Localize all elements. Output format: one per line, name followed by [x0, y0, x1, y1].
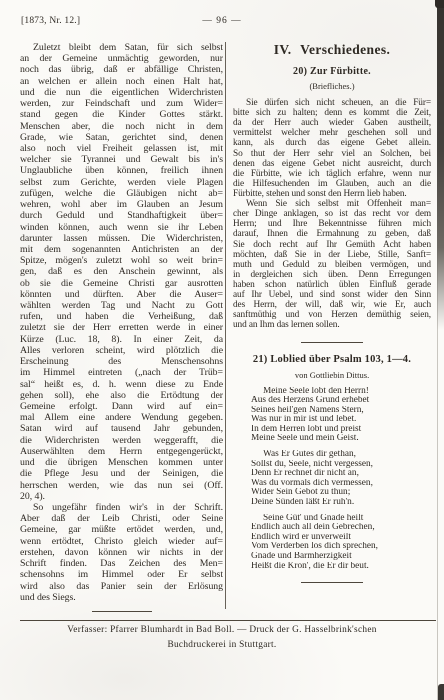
text-line: Kürze (Luc. 18, 8). In einer Zeit, da	[20, 334, 223, 345]
article-21-byline: von Gottliebin Dittus.	[233, 370, 431, 380]
text-line: Satan wird auf tausend Jahr gebunden,	[20, 423, 223, 434]
text-line: die Hilfesuchenden im Glauben, auch an d…	[233, 179, 431, 189]
poem-end-divider	[301, 582, 363, 583]
text-line: Herrn; und Ihre Bekenntnisse führen mich	[233, 219, 431, 229]
text-line: die Pflege Jesu und der Seinigen, die	[20, 468, 223, 479]
text-line: Heißt die Kron', die Er dir beut.	[251, 562, 431, 572]
text-line: durch Geduld und Standhaftigkeit über=	[20, 210, 223, 221]
text-line: haben schon natürlich üblen Einfluß gera…	[233, 280, 431, 290]
text-line: Erscheinung des Menschensohns	[20, 356, 223, 367]
text-line: selbst zum Gerichte, werden viele Plagen	[20, 177, 223, 188]
text-line: herrschen werden, wie das nun sei (Off.	[20, 480, 223, 491]
article-21-title: 21) Loblied über Psalm 103, 1—4.	[233, 353, 431, 366]
text-line: die Widerchristen werden weggerafft, die	[20, 435, 223, 446]
article-20-title: 20) Zur Fürbitte.	[233, 66, 431, 78]
text-line: darunter lassen müssen. Die Widerchriste…	[20, 233, 223, 244]
text-line: erstehen, davon können wir nichts in der	[20, 547, 223, 558]
page-scan: { "theme": { "ink": "#2e2923", "paper": …	[0, 0, 444, 700]
text-line: mit dem sogenannten Antichristen an der	[20, 244, 223, 255]
text-line: Wider Sein Gebot zu thun;	[251, 488, 431, 498]
text-line: muth und Geduld zu bleiben vermögen, und	[233, 260, 431, 270]
text-line: Seines heil'gen Namens Stern,	[251, 406, 431, 416]
text-line: Vom Verderben los dich sprechen,	[251, 542, 431, 552]
text-line: Sie dürfen sich nicht scheuen, an die Fü…	[233, 98, 431, 108]
text-line: Was nur in mir ist und lebet.	[251, 415, 431, 425]
stanza-2: Was Er Gutes dir gethan,Sollst du, Seele…	[251, 450, 431, 508]
text-line: Sie doch recht auf Ihr Gemüth Acht haben	[233, 240, 431, 250]
text-line: zuletzt sie der Herr erretten werde in e…	[20, 322, 223, 333]
text-line: In dem Herren lobt und preist	[251, 425, 431, 435]
text-line: Schrift finden. Das Zeichen des Men=	[20, 558, 223, 569]
text-line: Endlich auch all dein Gebrechen,	[251, 523, 431, 533]
text-line: sanftmüthig und von Herzen demüthig seie…	[233, 310, 431, 320]
text-line: vermittelst welcher mehr geschehen soll …	[233, 128, 431, 138]
text-line: Alles verloren scheint, wird plötzlich d…	[20, 345, 223, 356]
text-line: Meine Seele und mein Geist.	[251, 434, 431, 444]
text-line: im Himmel eintreten („nach der Trüb=	[20, 367, 223, 378]
scanned-page: [1873, Nr. 12.] — 96 — Zuletzt bleibt de…	[0, 0, 444, 700]
text-line: cher Dinge anklagen, so ist das recht vo…	[233, 209, 431, 219]
text-line: und des Siegs.	[20, 592, 223, 603]
text-line: ob sie die Gemeine Christi gar ausrotten	[20, 278, 223, 289]
text-line: gen, daß es den Anschein gewinnt, als	[20, 266, 223, 277]
text-line: Meine Seele lobt den Herrn!	[251, 387, 431, 397]
text-line: könnten und dürften. Aber die Auser=	[20, 289, 223, 300]
text-line: Wenn Sie sich selbst mit Offenheit man=	[233, 199, 431, 209]
text-line: bitte sich zu halten; denn es kommt die …	[233, 108, 431, 118]
text-line: Was Er Gutes dir gethan,	[251, 450, 431, 460]
text-line: Zuletzt bleibt dem Satan, für sich selbs…	[20, 42, 223, 53]
text-line: Endlich wird er unverweilt	[251, 533, 431, 543]
text-line: Gemeine, gar müßte ertödet werden, und,	[20, 524, 223, 535]
stanza-3: Seine Güt' und Gnade heiltEndlich auch a…	[251, 514, 431, 572]
text-line: Spitze, mögen's zuletzt wohl so weit bri…	[20, 255, 223, 266]
left-paragraph-2: So ungefähr finden wir's in der Schrift.…	[20, 502, 223, 603]
scan-corner-mark-bottom	[438, 684, 444, 700]
footer-imprint: Verfasser: Pfarrer Blumhardt in Bad Boll…	[0, 623, 444, 653]
text-line: Menschen aber, die noch nicht in dem	[20, 121, 223, 132]
text-line: möchten, daß Sie in der Liebe, Stille, S…	[233, 250, 431, 260]
article-20-paragraph-2: Wenn Sie sich selbst mit Offenheit man=c…	[233, 199, 431, 330]
poem: Meine Seele lobt den Herrn!Aus des Herze…	[233, 387, 431, 572]
text-line: Aber daß der Leib Christi, oder Seine	[20, 513, 223, 524]
text-line: gehen soll), ehe also die Ertödtung der	[20, 390, 223, 401]
right-column: IV. Verschiedenes. 20) Zur Fürbitte. (Br…	[233, 42, 431, 593]
text-line: und die übrigen Menschen kommen unter	[20, 457, 223, 468]
left-column: Zuletzt bleibt dem Satan, für sich selbs…	[20, 42, 223, 612]
item-divider	[301, 342, 363, 343]
text-line: Grade, wie Satan, gerichtet sind, denen	[20, 132, 223, 143]
text-line: wird also das Panier sein der Erlösung	[20, 581, 223, 592]
text-line: Gnade und Barmherzigkeit	[251, 552, 431, 562]
footer-line-1: Verfasser: Pfarrer Blumhardt in Bad Boll…	[0, 623, 444, 638]
text-line: Fürbitte, stehen und sonst den Herrn lie…	[233, 189, 431, 199]
article-20-paragraph-1: Sie dürfen sich nicht scheuen, an die Fü…	[233, 98, 431, 199]
article-20-subtitle: (Briefliches.)	[233, 81, 431, 91]
text-line: darauf, Ihnen die Ermahnung zu geben, da…	[233, 229, 431, 239]
text-line: mal Allem eine andere Wendung gegeben.	[20, 412, 223, 423]
column-divider	[225, 42, 226, 609]
text-line: wenn ertödtet, Christo gleich wieder auf…	[20, 536, 223, 547]
text-line: also noch viel Freiheit gelassen ist, mi…	[20, 143, 223, 154]
page-number: — 96 —	[0, 16, 444, 26]
text-line: und die nun die eigentlichen Widerchrist…	[20, 87, 223, 98]
text-line: winden können, auch wenn sie ihr Leben	[20, 222, 223, 233]
text-line: auf Ihr Uebel, und sind sonst wider den …	[233, 290, 431, 300]
stanza-1: Meine Seele lobt den Herrn!Aus des Herze…	[251, 387, 431, 445]
text-line: an der Gemeine unmächtig geworden, nur	[20, 53, 223, 64]
text-line: und an Ihm das lernen sollen.	[233, 320, 431, 330]
text-line: Unglaubliche üben können, freilich ihnen	[20, 165, 223, 176]
text-line: welcher sie Tyrannei und Gewalt bis in's	[20, 154, 223, 165]
footer-rule	[20, 620, 436, 621]
scan-edge-shadow	[437, 0, 444, 330]
text-line: Aus des Herzens Grund erhebet	[251, 396, 431, 406]
text-line: denen das eigene Gebet nicht ausreicht, …	[233, 159, 431, 169]
text-line: Sollst du, Seele, nicht vergessen,	[251, 460, 431, 470]
text-line: zufügen, welche die Gläubigen nicht ab=	[20, 188, 223, 199]
text-line: schensohns im Himmel oder Er selbst	[20, 569, 223, 580]
text-line: sal“ heißt es, d. h. wenn diese zu Ende	[20, 379, 223, 390]
text-line: Was du vormals dich vermessen,	[251, 479, 431, 489]
section-heading: IV. Verschiedenes.	[233, 42, 431, 57]
text-line: Seine Güt' und Gnade heilt	[251, 514, 431, 524]
text-line: Deine Sünden läßt Er ruh'n.	[251, 498, 431, 508]
text-line: kann, als durch das eigene Gebet allein.	[233, 138, 431, 148]
article-end-divider	[92, 611, 152, 612]
text-line: noch das übrig, daß er abfällige Christe…	[20, 64, 223, 75]
text-line: So thut der Herr sehr viel an Solchen, b…	[233, 149, 431, 159]
footer-line-2: Buchdruckerei in Stuttgart.	[0, 638, 444, 653]
text-line: So ungefähr finden wir's in der Schrift.	[20, 502, 223, 513]
text-line: rufen, und haben die Verheißung, daß	[20, 311, 223, 322]
text-line: wehren, wohl aber im Glauben an Jesum	[20, 199, 223, 210]
text-line: in dergleichen sich üben. Denn Erregunge…	[233, 270, 431, 280]
text-line: an welchen er allein noch einen Halt hat…	[20, 76, 223, 87]
text-line: Denn Er rechnet dir nicht an,	[251, 469, 431, 479]
text-line: Gemeine erfolgt. Dann wird auf ein=	[20, 401, 223, 412]
text-line: Auserwählten dem Herrn entgegengerückt,	[20, 446, 223, 457]
text-line: werden, zur Feindschaft und zum Wider=	[20, 98, 223, 109]
scan-corner-mark-top	[435, 0, 444, 8]
left-paragraph-1: Zuletzt bleibt dem Satan, für sich selbs…	[20, 42, 223, 502]
text-line: da der Herr auch wieder Gaben austheilt,	[233, 118, 431, 128]
text-line: die Fürbitte, wie ich täglich erfahre, w…	[233, 169, 431, 179]
text-line: des Herrn, der will, daß wir, wie Er, au…	[233, 300, 431, 310]
text-line: 20, 4).	[20, 491, 223, 502]
text-line: stand gegen die Kinder Gottes stärkt.	[20, 109, 223, 120]
text-line: wählten werden Tag und Nacht zu Gott	[20, 300, 223, 311]
